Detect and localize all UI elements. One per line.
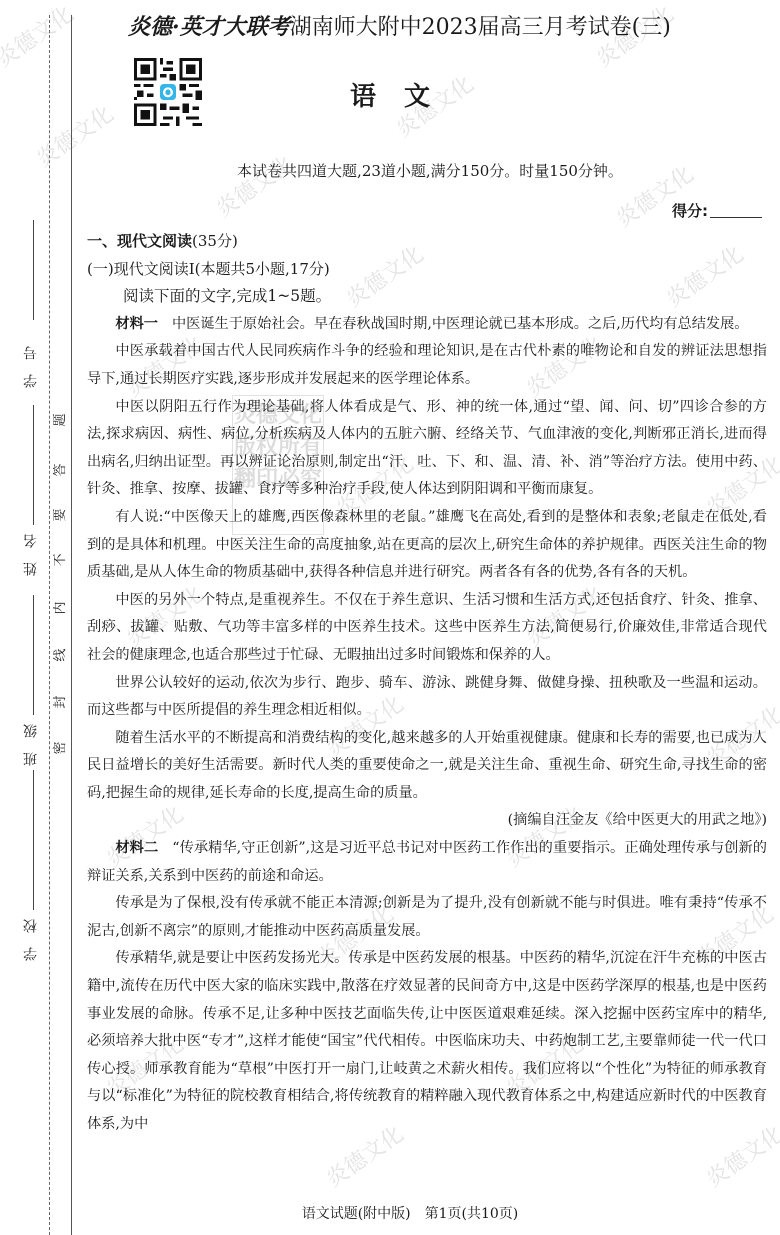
exam-info: 本试卷共四道大题,23道小题,满分150分。时量150分钟。 xyxy=(0,160,780,181)
seal-char: 不 xyxy=(51,551,71,569)
reading-instruction: 阅读下面的文字,完成1~5题。 xyxy=(87,283,767,311)
score-label: 得分: xyxy=(672,202,708,220)
seal-char: 答 xyxy=(51,461,71,479)
field-label-student-id: 学号 xyxy=(20,332,40,388)
seal-char: 要 xyxy=(51,506,71,524)
field-underline xyxy=(33,405,34,525)
field-label-school: 学校 xyxy=(20,905,40,961)
seal-char: 密 xyxy=(51,739,71,757)
material1-paragraph: 中医承载着中国古代人民同疾病作斗争的经验和理论知识,是在古代朴素的唯物论和自发的… xyxy=(87,338,767,393)
material2-paragraph: 材料二“传承精华,守正创新”,这是习近平总书记对中医药工作作出的重要指示。正确处… xyxy=(87,835,767,890)
field-label-name: 姓名 xyxy=(20,520,40,576)
score-field: 得分: xyxy=(672,200,762,221)
material1-paragraph: 材料一中医诞生于原始社会。早在春秋战国时期,中医理论就已基本形成。之后,历代均有… xyxy=(87,311,767,339)
brand-name: 炎德·英才大联考 xyxy=(128,14,290,40)
field-underline xyxy=(33,770,34,910)
exam-body: 一、现代文阅读(35分) (一)现代文阅读Ⅰ(本题共5小题,17分) 阅读下面的… xyxy=(87,228,767,1139)
section-heading: 一、现代文阅读(35分) xyxy=(87,228,767,256)
material1-paragraph: 有人说:“中医像天上的雄鹰,西医像森林里的老鼠。”雄鹰飞在高处,看到的是整体和表… xyxy=(87,504,767,587)
subject-title: 语文 xyxy=(0,76,780,113)
field-underline xyxy=(33,220,34,320)
seal-char: 内 xyxy=(51,599,71,617)
exam-page: 学号 姓名 班级 学校 题 答 要 不 内 线 封 密 炎德·英才大联考湖南师大… xyxy=(0,0,780,1235)
material2-paragraph: 传承是为了保根,没有传承就不能正本清源;创新是为了提升,没有创新就不能与时俱进。… xyxy=(87,890,767,945)
material1-source: (摘编自汪金友《给中医更大的用武之地》) xyxy=(87,807,767,835)
subsection-heading: (一)现代文阅读Ⅰ(本题共5小题,17分) xyxy=(87,256,767,284)
material2-label: 材料二 xyxy=(115,840,158,856)
field-underline xyxy=(33,595,34,715)
material1-label: 材料一 xyxy=(115,316,158,332)
seal-char: 封 xyxy=(51,693,71,711)
material2-paragraph: 传承精华,就是要让中医药发扬光大。传承是中医药发展的根基。中医药的精华,沉淀在汗… xyxy=(87,945,767,1138)
page-footer: 语文试题(附中版) 第1页(共10页) xyxy=(0,1203,780,1223)
material1-paragraph: 世界公认较好的运动,依次为步行、跑步、骑车、游泳、跳健身舞、做健身操、扭秧歌及一… xyxy=(87,670,767,725)
material1-paragraph: 随着生活水平的不断提高和消费结构的变化,越来越多的人开始重视健康。健康和长寿的需… xyxy=(87,725,767,808)
margin-solid-line xyxy=(71,15,72,1235)
field-label-class: 班级 xyxy=(20,710,40,766)
seal-dashed-line xyxy=(49,15,50,1235)
exam-title: 炎德·英才大联考湖南师大附中2023届高三月考试卷(三) xyxy=(128,10,778,41)
title-rest: 湖南师大附中2023届高三月考试卷(三) xyxy=(290,15,671,40)
material1-paragraph: 中医以阴阳五行作为理论基础,将人体看成是气、形、神的统一体,通过“望、闻、问、切… xyxy=(87,394,767,504)
score-blank[interactable] xyxy=(710,217,762,218)
material1-paragraph: 中医的另外一个特点,是重视养生。不仅在于养生意识、生活习惯和生活方式,还包括食疗… xyxy=(87,587,767,670)
seal-char: 题 xyxy=(51,411,71,429)
seal-char: 线 xyxy=(51,646,71,664)
